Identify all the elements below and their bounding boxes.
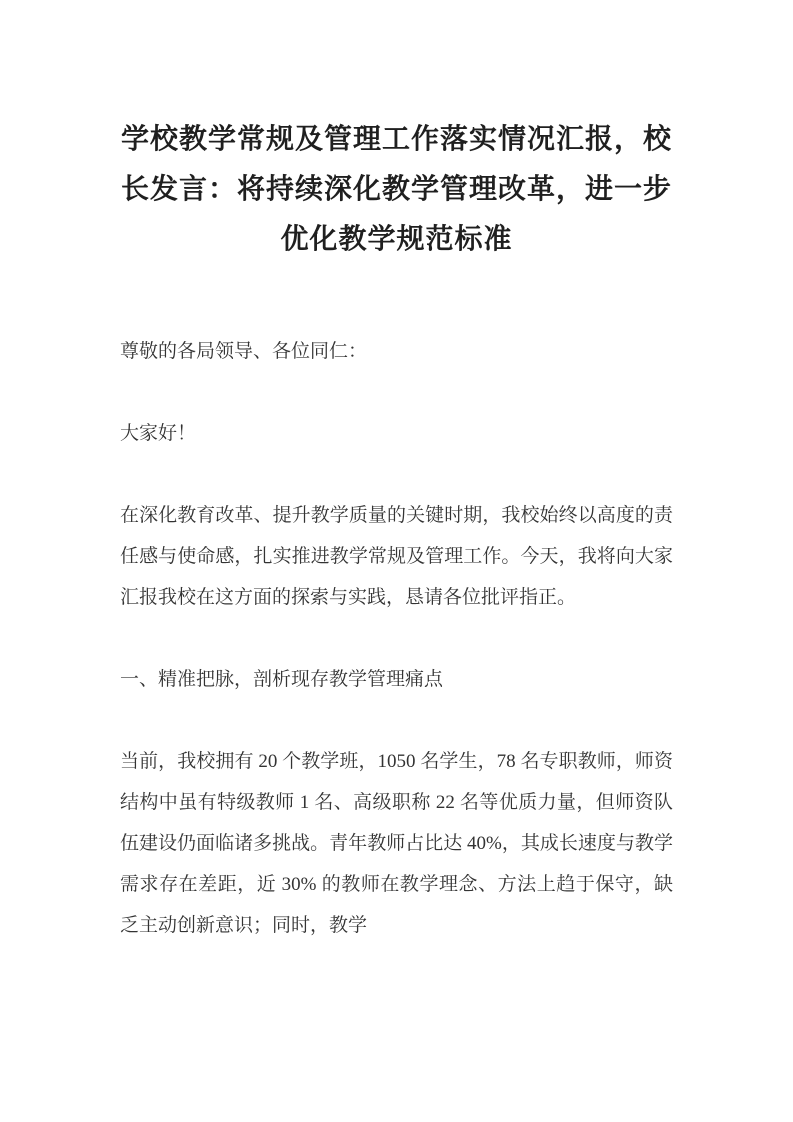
salutation-paragraph: 大家好！ <box>120 413 673 454</box>
intro-paragraph: 在深化教育改革、提升教学质量的关键时期，我校始终以高度的责任感与使命感，扎实推进… <box>120 495 673 618</box>
section-1-heading: 一、精准把脉，剖析现存教学管理痛点 <box>120 659 673 700</box>
document-page: 学校教学常规及管理工作落实情况汇报，校长发言：将持续深化教学管理改革，进一步优化… <box>0 0 793 1122</box>
section-1-paragraph: 当前，我校拥有 20 个教学班，1050 名学生，78 名专职教师，师资结构中虽… <box>120 741 673 946</box>
document-title: 学校教学常规及管理工作落实情况汇报，校长发言：将持续深化教学管理改革，进一步优化… <box>120 115 673 265</box>
greeting-paragraph: 尊敬的各局领导、各位同仁： <box>120 331 673 372</box>
